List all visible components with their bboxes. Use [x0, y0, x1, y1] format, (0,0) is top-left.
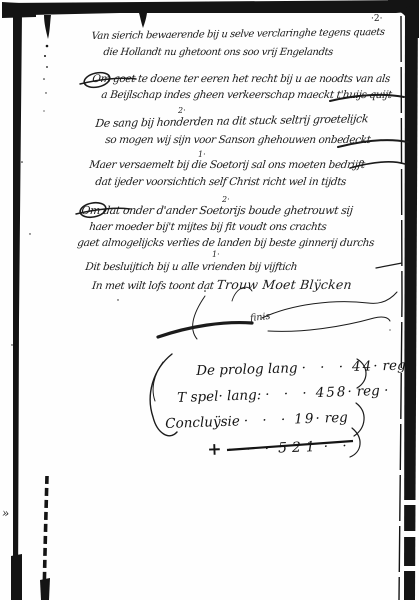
- manuscript-line: so mogen wij sijn voor Sanson ghehouwen …: [105, 134, 371, 146]
- closing-line-prefix: In met wilt lofs toont dat: [91, 280, 217, 292]
- manuscript-closing-line: In met wilt lofs toont dat Trouw Moet Bl…: [91, 277, 352, 292]
- totals-unit: reg: [382, 358, 406, 375]
- plus-sign: +: [207, 440, 222, 460]
- page-number: ·2·: [371, 14, 382, 24]
- dot-leaders: · · ·: [301, 359, 348, 376]
- totals-value: 44·: [352, 358, 380, 375]
- interlinear-mark: 2·: [222, 195, 230, 204]
- totals-unit: reg: [324, 410, 348, 427]
- interlinear-mark: 1·: [212, 250, 220, 259]
- totals-value: 458·: [315, 384, 354, 401]
- manuscript-line: Om goet te doene ter eeren het recht bij…: [92, 73, 391, 85]
- ink-drip: [44, 15, 51, 39]
- manuscript-line: die Hollandt nu ghetoont ons soo vrij En…: [103, 47, 334, 58]
- manuscript-line: Maer versaemelt bij die Soetorij sal ons…: [89, 159, 366, 171]
- interlinear-mark: 2·: [178, 106, 186, 115]
- totals-label: De prolog lang: [196, 360, 298, 379]
- manuscript-line: dat ijeder voorsichtich self Christ rich…: [95, 176, 347, 188]
- manuscript-line: haer moeder bij't mijtes bij fit voudt o…: [89, 221, 327, 233]
- left-fold-blob: [40, 578, 50, 600]
- dot-leaders: · · ·: [244, 412, 291, 430]
- totals-unit: reg ·: [356, 383, 388, 400]
- manuscript-line: Om dat onder d'ander Soetorijs boude ghe…: [81, 204, 354, 217]
- manuscript-line: gaet almogelijcks verlies de landen bij …: [77, 237, 375, 249]
- manuscript-page: ·2· Van sierich bewaerende bij u selve v…: [0, 0, 419, 600]
- finis-label: finis: [249, 311, 270, 324]
- sum-value: 521: [278, 439, 320, 456]
- totals-value: 19·: [294, 411, 322, 428]
- motto-trouw-moet-blycken: Trouw Moet Blÿcken: [216, 277, 353, 292]
- manuscript-line: Dit besluijtich bij u alle vrienden bij …: [85, 261, 298, 273]
- dot-leaders: · · ·: [265, 385, 312, 403]
- dot-trailers: · ·: [323, 438, 351, 455]
- totals-label: T spel· lang:: [177, 387, 262, 406]
- totals-label: Concluÿsie: [165, 413, 240, 432]
- dot-leaders: · · ·: [227, 441, 274, 459]
- right-thin-rule: [399, 16, 402, 600]
- manuscript-line: a Beijlschap indes gheen verkeerschap ma…: [101, 89, 393, 101]
- interlinear-mark: 1·: [198, 150, 206, 159]
